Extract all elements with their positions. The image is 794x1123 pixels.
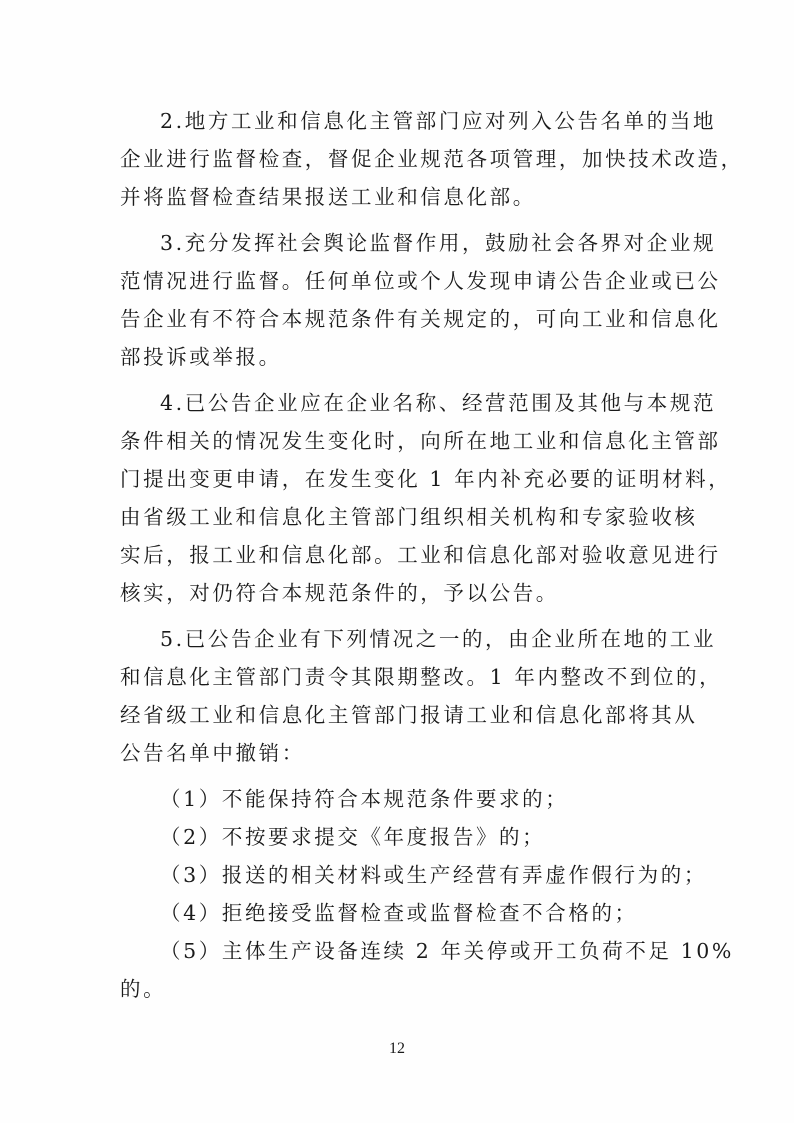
text-line: 部投诉或举报。 xyxy=(120,342,676,372)
text-line: 3.充分发挥社会舆论监督作用，鼓励社会各界对企业规 xyxy=(160,228,676,258)
list-item: （5）主体生产设备连续 2 年关停或开工负荷不足 10% xyxy=(160,936,676,966)
text-line: 实后，报工业和信息化部。工业和信息化部对验收意见进行 xyxy=(120,540,676,570)
text-line: 2.地方工业和信息化主管部门应对列入公告名单的当地 xyxy=(160,106,676,136)
page-number: 12 xyxy=(0,1040,794,1058)
text-line: 门提出变更申请，在发生变化 1 年内补充必要的证明材料， xyxy=(120,464,676,494)
text-line: 企业进行监督检查，督促企业规范各项管理，加快技术改造， xyxy=(120,144,676,174)
text-line: 由省级工业和信息化主管部门组织相关机构和专家验收核 xyxy=(120,502,676,532)
text-line: 条件相关的情况发生变化时，向所在地工业和信息化主管部 xyxy=(120,426,676,456)
text-line: 并将监督检查结果报送工业和信息化部。 xyxy=(120,182,676,212)
document-page: 2.地方工业和信息化主管部门应对列入公告名单的当地 企业进行监督检查，督促企业规… xyxy=(0,0,794,1123)
text-line: 经省级工业和信息化主管部门报请工业和信息化部将其从 xyxy=(120,700,676,730)
list-item: （2）不按要求提交《年度报告》的； xyxy=(160,822,545,852)
list-item-continuation: 的。 xyxy=(120,974,676,1004)
list-item: （3）报送的相关材料或生产经营有弄虚作假行为的； xyxy=(160,860,707,890)
text-line: 4.已公告企业应在企业名称、经营范围及其他与本规范 xyxy=(160,388,676,418)
text-line: 范情况进行监督。任何单位或个人发现申请公告企业或已公 xyxy=(120,266,676,296)
list-item: （1）不能保持符合本规范条件要求的； xyxy=(160,784,568,814)
text-line: 公告名单中撤销： xyxy=(120,738,676,768)
text-line: 告企业有不符合本规范条件有关规定的，可向工业和信息化 xyxy=(120,304,676,334)
text-line: 和信息化主管部门责令其限期整改。1 年内整改不到位的， xyxy=(120,662,676,692)
list-item: （4）拒绝接受监督检查或监督检查不合格的； xyxy=(160,898,638,928)
text-line: 5.已公告企业有下列情况之一的，由企业所在地的工业 xyxy=(160,624,676,654)
text-line: 核实，对仍符合本规范条件的，予以公告。 xyxy=(120,578,676,608)
